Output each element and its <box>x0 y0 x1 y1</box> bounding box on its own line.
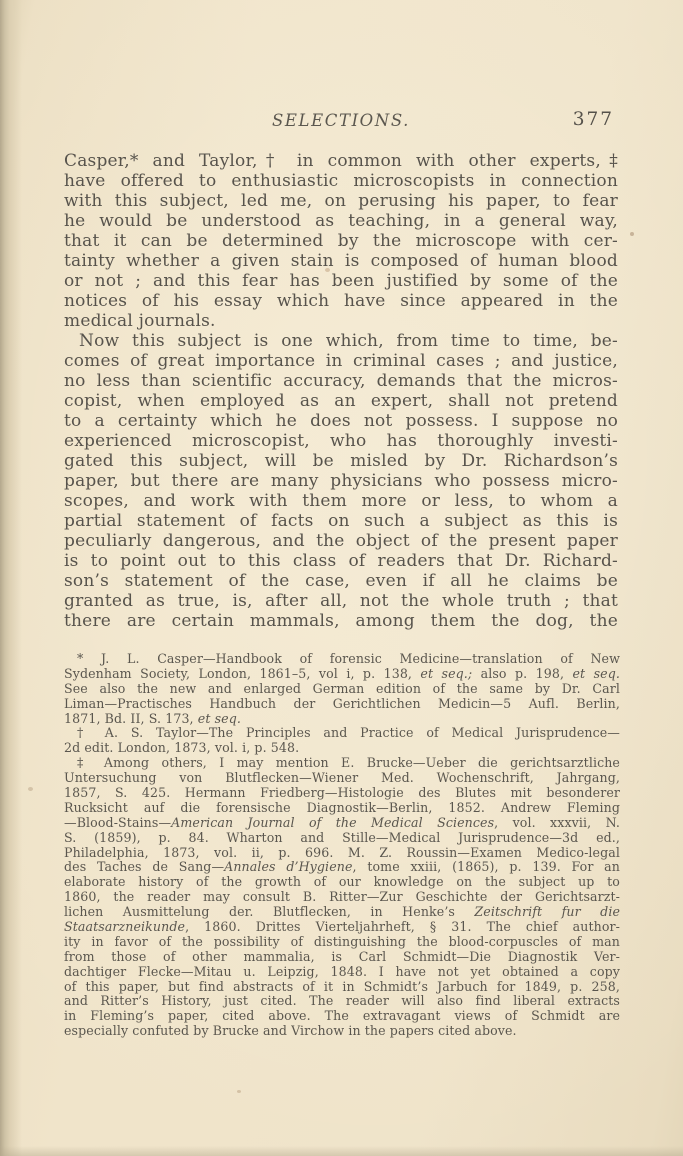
text-line: of this paper, but find abstracts of it … <box>64 980 620 995</box>
scanned-book-page: SELECTIONS. 377 Casper,* and Taylor,† in… <box>0 0 683 1156</box>
text-line: 2d edit. London, 1873, vol. i, p. 548. <box>64 741 620 756</box>
text-line: medical journals. <box>64 311 618 331</box>
text-line: † A. S. Taylor—The Principles and Practi… <box>64 726 620 741</box>
text-line: paper, but there are many physicians who… <box>64 471 618 491</box>
text-line: See also the new and enlarged German edi… <box>64 682 620 697</box>
text-line: with this subject, led me, on perusing h… <box>64 191 618 211</box>
text-line: that it can be determined by the microsc… <box>64 231 618 251</box>
text-line: to a certainty which he does not possess… <box>64 411 618 431</box>
text-line: experienced microscopist, who has thorou… <box>64 431 618 451</box>
text-line: Casper,* and Taylor,† in common with oth… <box>64 151 618 171</box>
text-line: * J. L. Casper—Handbook of forensic Medi… <box>64 652 620 667</box>
text-line: elaborate history of the growth of our k… <box>64 875 620 890</box>
text-line: Staatsarzneikunde, 1860. Drittes Viertel… <box>64 920 620 935</box>
text-line: is to point out to this class of readers… <box>64 551 618 571</box>
footnotes: * J. L. Casper—Handbook of forensic Medi… <box>64 652 620 1039</box>
text-line: no less than scientific accuracy, demand… <box>64 371 618 391</box>
text-line: 1857, S. 425. Hermann Friedberg—Histolog… <box>64 786 620 801</box>
text-line: S. (1859), p. 84. Wharton and Stille—Med… <box>64 831 620 846</box>
paper-speck <box>237 1090 241 1093</box>
text-line: there are certain mammals, among them th… <box>64 611 618 631</box>
text-line: copist, when employed as an expert, shal… <box>64 391 618 411</box>
text-line: ity in favor of the possibility of disti… <box>64 935 620 950</box>
page-binding-shadow <box>0 0 22 1156</box>
text-line: Rucksicht auf die forensische Diagnostik… <box>64 801 620 816</box>
text-line: —Blood-Stains—American Journal of the Me… <box>64 816 620 831</box>
text-line: 1871, Bd. II, S. 173, et seq. <box>64 712 620 727</box>
text-line: dachtiger Flecke—Mitau u. Leipzig, 1848.… <box>64 965 620 980</box>
text-line: Untersuchung von Blutflecken—Wiener Med.… <box>64 771 620 786</box>
text-line: comes of great importance in criminal ca… <box>64 351 618 371</box>
text-line: partial statement of facts on such a sub… <box>64 511 618 531</box>
text-line: lichen Ausmittelung der. Blutflecken, in… <box>64 905 620 920</box>
text-line: especially confuted by Brucke and Vircho… <box>64 1024 620 1039</box>
paper-speck <box>630 232 634 236</box>
page-number: 377 <box>573 109 614 130</box>
text-line: son’s statement of the case, even if all… <box>64 571 618 591</box>
paper-speck <box>28 787 33 791</box>
text-line: ‡ Among others, I may mention E. Brucke—… <box>64 756 620 771</box>
text-line: tainty whether a given stain is composed… <box>64 251 618 271</box>
text-line: Philadelphia, 1873, vol. ii, p. 696. M. … <box>64 846 620 861</box>
text-line: des Taches de Sang—Annales d’Hygiene, to… <box>64 860 620 875</box>
running-header-title: SELECTIONS. <box>64 111 618 130</box>
text-line: he would be understood as teaching, in a… <box>64 211 618 231</box>
text-line: Liman—Practisches Handbuch der Gerichtli… <box>64 697 620 712</box>
text-line: Now this subject is one which, from time… <box>64 331 618 351</box>
text-line: from those of other mammalia, is Carl Sc… <box>64 950 620 965</box>
page-bottom-shadow <box>0 1146 683 1156</box>
text-line: granted as true, is, after all, not the … <box>64 591 618 611</box>
text-line: notices of his essay which have since ap… <box>64 291 618 311</box>
running-header: SELECTIONS. 377 <box>64 111 618 135</box>
text-line: 1860, the reader may consult B. Ritter—Z… <box>64 890 620 905</box>
text-line: gated this subject, will be misled by Dr… <box>64 451 618 471</box>
text-line: have offered to enthusiastic microscopis… <box>64 171 618 191</box>
text-line: in Fleming’s paper, cited above. The ext… <box>64 1009 620 1024</box>
text-line: peculiarly dangerous, and the object of … <box>64 531 618 551</box>
text-line: scopes, and work with them more or less,… <box>64 491 618 511</box>
text-line: Sydenham Society, London, 1861–5, vol i,… <box>64 667 620 682</box>
body-text: Casper,* and Taylor,† in common with oth… <box>64 151 618 631</box>
text-line: and Ritter’s History, just cited. The re… <box>64 994 620 1009</box>
text-line: or not ; and this fear has been justifie… <box>64 271 618 291</box>
